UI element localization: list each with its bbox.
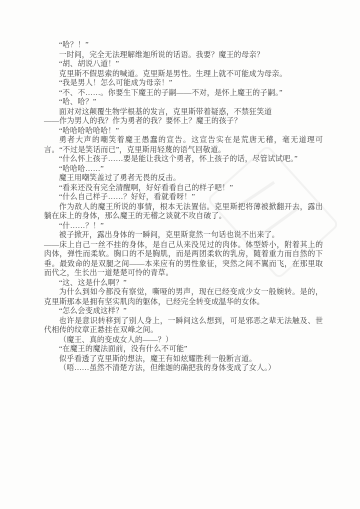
paragraph: （唔……虽然不清楚方法，但维迦的确把我的身体变成了女人。）: [44, 363, 323, 373]
paragraph: “什么怀上孩子……要是能让我这个勇者，怀上孩子的话，尽管试试吧。”: [44, 154, 323, 164]
paragraph: 为什么到如今都没有察觉，嘶哑的男声，现在已经变成少女一般婉转。是的，克里斯那本是…: [44, 287, 323, 306]
paragraph: “什……？！”: [44, 221, 323, 231]
paragraph: ——床上自己一丝不挂的身体，是自己从来没见过的肉体。体型娇小，附着其上的肉体，弹…: [44, 240, 323, 278]
paragraph: 作为敌人的魔王所说的事情，根本无法置信。克里斯把将薄被掀翻开去，露出躺在床上的身…: [44, 202, 323, 221]
paragraph: 一时间，完全无法理解维迦所说的话语。我要？魔王的母亲？: [44, 50, 323, 60]
paragraph: “怎么会变成这样？”: [44, 306, 323, 316]
paragraph: “什么自己样子……？好好，看就看呀！”: [44, 192, 323, 202]
paragraph: ——作为男人的我？作为勇者的我？要怀上？魔王的孩子？: [44, 116, 323, 126]
paragraph: 似乎看透了克里斯的想法，魔王有如炫耀胜利一般断言道。: [44, 354, 323, 364]
paragraph: 也许是意识转移到了别人身上，一瞬间这么想到，可是邪恶之辈无法触及、世代相传的纹章…: [44, 316, 323, 335]
paragraph: “我是男人！怎么可能成为母亲！”: [44, 78, 323, 88]
paragraph: 克里斯不假思索的喊道。克里斯是男性。生理上就不可能成为母亲。: [44, 69, 323, 79]
paragraph: （魔王、真的变成女人的——？）: [44, 335, 323, 345]
paragraph: 被子掀开，露出身体的一瞬间，克里斯竟然一句话也说不出来了。: [44, 230, 323, 240]
paragraph: “胡、胡说八道！”: [44, 59, 323, 69]
paragraph: “哈哈哈哈哈哈！”: [44, 126, 323, 136]
paragraph: “看来还没有完全清醒啊，好好看看自己的样子吧！”: [44, 183, 323, 193]
ebook-reader-page: { "page": { "background_color": "#fdfdfc…: [0, 0, 360, 509]
paragraph: “这、这是什么啊？”: [44, 278, 323, 288]
paragraph: “哈？！”: [44, 40, 323, 50]
paragraph: 勇者大声的嘲笑着魔王愚蠢的宣告。这宣告实在是荒唐无稽，毫无道理可言。“不过是笑话…: [44, 135, 323, 154]
paragraph: “不、不……。你要生下魔王的子嗣——不对，是怀上魔王的子嗣。”: [44, 88, 323, 98]
novel-text-block: “哈？！”一时间，完全无法理解维迦所说的话语。我要？魔王的母亲？“胡、胡说八道！…: [44, 40, 323, 373]
paragraph: “哈哈哈……”: [44, 164, 323, 174]
paragraph: “在魔王的魔法面前，没有什么不可能”: [44, 344, 323, 354]
paragraph: “哈、哈？”: [44, 97, 323, 107]
paragraph: 魔王用嘲笑盖过了勇者无畏的反击。: [44, 173, 323, 183]
paragraph: 面对对这颠覆生物学根基的发言，克里斯带着疑惑，不禁狂笑道: [44, 107, 323, 117]
novel-page: “哈？！”一时间，完全无法理解维迦所说的话语。我要？魔王的母亲？“胡、胡说八道！…: [0, 0, 360, 509]
